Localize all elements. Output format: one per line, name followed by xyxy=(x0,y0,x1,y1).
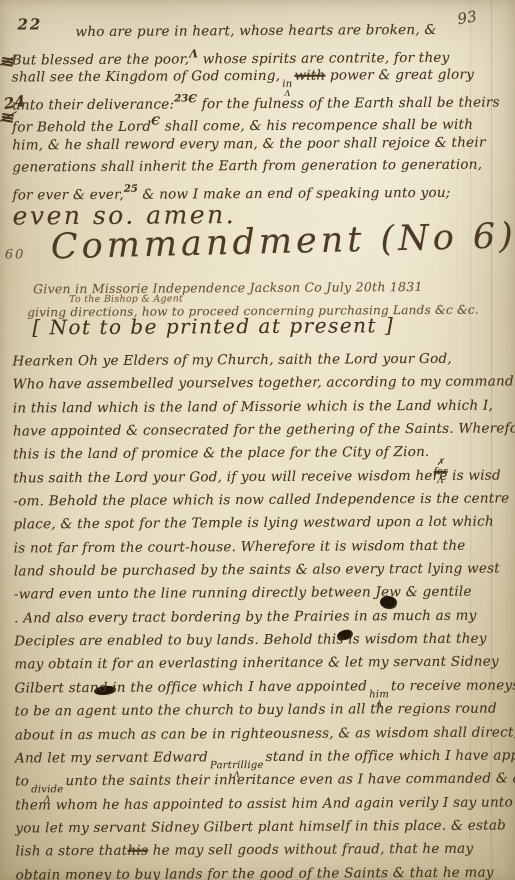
manuscript-line: shall see the Kingdom of God coming,inΛw… xyxy=(12,63,509,89)
preamble-section: who are pure in heart, whose hearts are … xyxy=(11,18,509,231)
verse-number-25: 25 xyxy=(124,183,138,194)
manuscript-line: for Behold the LordЄ shall come, & his r… xyxy=(12,108,509,134)
proofreader-mark-icon: Є xyxy=(151,115,160,128)
manuscript-line: place, & the spot for the Temple is lyin… xyxy=(13,511,513,537)
insert-caret-icon: Λ xyxy=(189,47,198,60)
manuscript-line: generations shall inherit the Earth from… xyxy=(12,153,509,179)
handwritten-text-layer: 93 22 ≢ 24 ≢ 60 who are pure in heart, w… xyxy=(0,0,515,880)
manuscript-line: this is the land of promice & the place … xyxy=(13,441,513,467)
manuscript-line: may obtain it for an everlasting inherit… xyxy=(14,651,514,677)
proofreader-mark-icon: Є xyxy=(188,92,197,105)
manuscript-line: Hearken Oh ye Elders of my Church, saith… xyxy=(12,347,512,373)
addressee-insertion: To the Bishop & Agent xyxy=(69,293,183,305)
manuscript-line: about in as much as can be in righteousn… xyxy=(15,721,515,747)
manuscript-line: him, & he shall reword every man, & the … xyxy=(12,131,509,157)
manuscript-line: obtain money to buy lands for the good o… xyxy=(16,861,515,880)
struck-word: his xyxy=(127,843,148,859)
revelation-number: 60 xyxy=(5,247,26,262)
manuscript-line: -om. Behold the place which is now calle… xyxy=(13,488,513,514)
manuscript-line: Gilbert stand in the office which I have… xyxy=(14,674,514,700)
manuscript-line: unto their deliverance:23Є for the fulne… xyxy=(12,86,509,112)
printing-note: [ Not to be printed at present ] xyxy=(32,313,394,339)
manuscript-line: -ward even unto the line running directl… xyxy=(14,581,514,607)
manuscript-line: And let my servant EdwardPartrilligeΛsta… xyxy=(15,744,515,770)
manuscript-line: you let my servant Sidney Gilbert plant … xyxy=(15,814,515,840)
manuscript-line: Who have assembelled yourselves together… xyxy=(13,371,513,397)
manuscript-line: . And also every tract bordering by the … xyxy=(14,604,514,630)
manuscript-line: them whom he has appointed to assist him… xyxy=(15,791,515,817)
manuscript-line: in this land which is the land of Missor… xyxy=(13,394,513,420)
manuscript-line: todivideΛunto the saints their inheritan… xyxy=(15,768,515,794)
manuscript-line: But blessed are the poor,Λ whose spirits… xyxy=(12,41,509,67)
manuscript-line: for ever & ever,25 & now I make an end o… xyxy=(12,176,509,202)
manuscript-page: 93 22 ≢ 24 ≢ 60 who are pure in heart, w… xyxy=(0,0,515,880)
manuscript-line: to be an agent unto the church to buy la… xyxy=(15,698,515,724)
manuscript-line: land should be purchased by the saints &… xyxy=(14,558,514,584)
manuscript-line: lish a store thathis he may sell goods w… xyxy=(15,838,515,864)
manuscript-line: who are pure in heart, whose hearts are … xyxy=(11,18,508,44)
revelation-body: Hearken Oh ye Elders of my Church, saith… xyxy=(12,347,515,880)
manuscript-line: Deciples are enabled to buy lands. Behol… xyxy=(14,628,514,654)
manuscript-line: have appointed & consecrated for the get… xyxy=(13,417,513,443)
manuscript-line: is not far from the court-house. Wherefo… xyxy=(14,534,514,560)
struck-word: with xyxy=(294,68,325,84)
verse-number-23: 23 xyxy=(174,93,188,104)
manuscript-line: thus saith the Lord your God, if you wil… xyxy=(13,464,513,490)
